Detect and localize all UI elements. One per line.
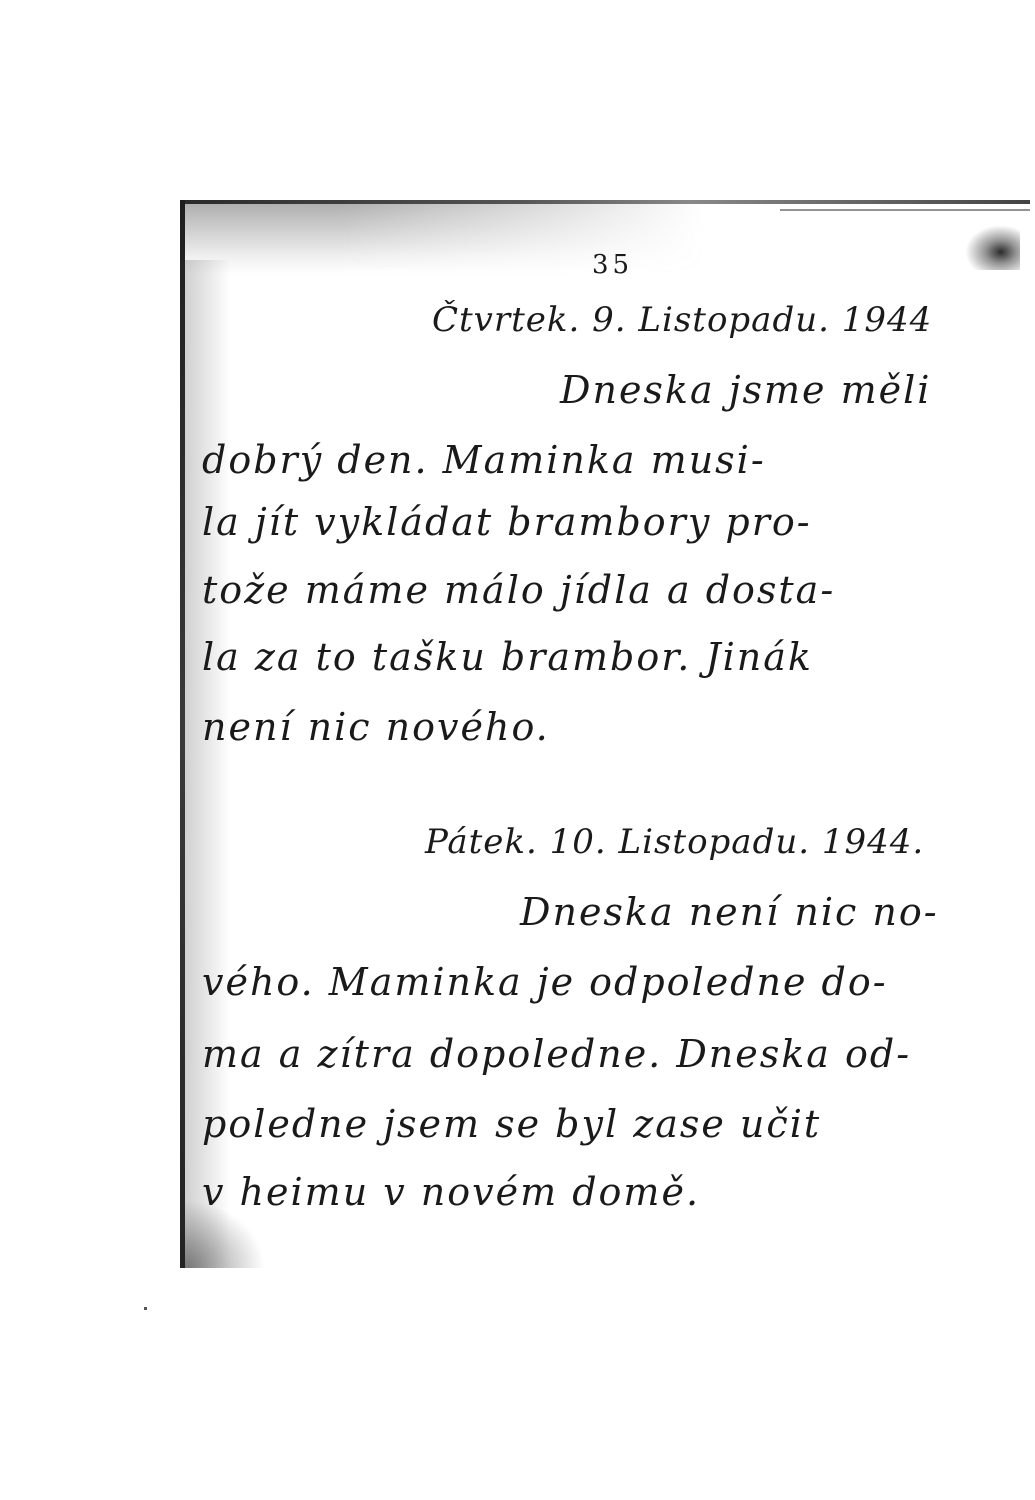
entry-1-line-2: dobrý den. Maminka musi- <box>202 438 766 482</box>
entry-2-line-4: poledne jsem se byl zase učit <box>202 1102 821 1146</box>
page-edge-left <box>180 200 185 1268</box>
diary-page: 35 Čtvrtek. 9. Listopadu. 1944 Dneska js… <box>180 200 1035 1268</box>
entry-1-line-1: Dneska jsme měli <box>560 368 931 412</box>
scanned-sheet: 35 Čtvrtek. 9. Listopadu. 1944 Dneska js… <box>0 0 1035 1500</box>
entry-2-line-5: v heimu v novém domě. <box>202 1170 700 1214</box>
entry-2-heading: Pátek. 10. Listopadu. 1944. <box>425 822 924 862</box>
entry-2-line-1: Dneska není nic no- <box>520 890 939 934</box>
stray-speck <box>144 1307 147 1310</box>
entry-1-line-5: la za to tašku brambor. Jinák <box>202 635 813 679</box>
entry-1-line-4: tože máme málo jídla a dosta- <box>202 568 835 612</box>
entry-1-heading: Čtvrtek. 9. Listopadu. 1944 <box>432 300 932 340</box>
ink-smudge <box>965 225 1020 270</box>
entry-1-line-3: la jít vykládat brambory pro- <box>202 500 812 544</box>
entry-2-line-3: ma a zítra dopoledne. Dneska od- <box>202 1032 911 1076</box>
entry-2-line-2: vého. Maminka je odpoledne do- <box>202 960 888 1004</box>
page-edge-top <box>180 200 1030 204</box>
entry-1-line-6: není nic nového. <box>202 705 550 749</box>
page-edge-top-secondary <box>780 209 1030 211</box>
page-number: 35 <box>592 250 633 280</box>
